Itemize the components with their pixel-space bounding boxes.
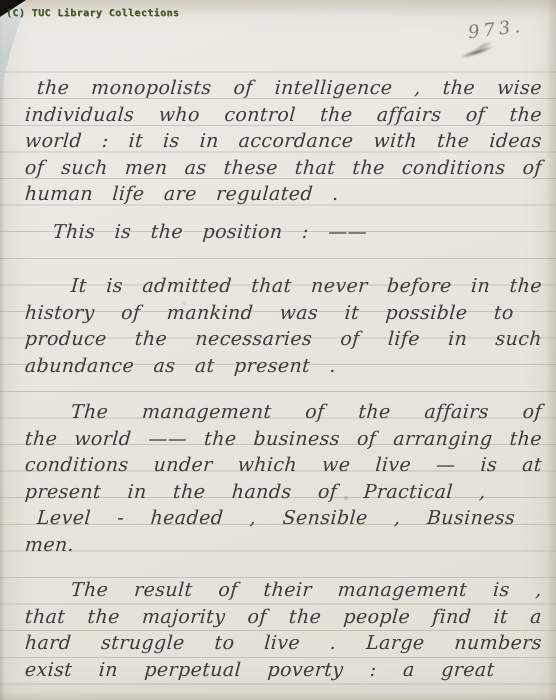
manuscript-line: Level - headed , Sensible , Business [24,505,543,532]
manuscript-line: present in the hands of Practical , [24,479,543,506]
manuscript-line: men. [24,532,543,559]
manuscript-line: world : it is in accordance with the ide… [24,128,543,155]
manuscript-line: history of mankind was it possible to [24,300,543,327]
manuscript-line: the world —— the business of arranging t… [24,426,543,453]
paragraph: This is the position : —— [24,219,541,246]
manuscript-line: It is admitted that never before in the [24,273,543,300]
right-edge-shadow [546,0,556,700]
manuscript-page-scan: (C) TUC Library Collections 973. the mon… [0,0,556,700]
paragraph: The management of the affairs of the wor… [24,399,541,559]
paragraph: It is admitted that never before in the … [24,273,541,379]
manuscript-line: the monopolists of intelligence , the wi… [24,75,543,102]
paragraph: The result of their management is , that… [24,577,541,683]
library-watermark: (C) TUC Library Collections [6,8,179,19]
manuscript-line: This is the position : —— [24,219,543,246]
manuscript-line: abundance as at present . [24,353,543,380]
manuscript-line: The result of their management is , [24,577,543,604]
manuscript-line: human life are regulated . [24,181,543,208]
paragraph: the monopolists of intelligence , the wi… [24,75,541,208]
handwritten-text: the monopolists of intelligence , the wi… [24,0,541,700]
foxing-specks [0,0,2,2]
manuscript-line: exist in perpetual poverty : a great [24,657,543,684]
manuscript-line: conditions under which we live — is at [24,452,543,479]
manuscript-line: individuals who control the affairs of t… [24,102,543,129]
left-edge-shadow [0,0,5,700]
manuscript-line: that the majority of the people find it … [24,604,543,631]
manuscript-line: hard struggle to live . Large numbers [24,630,543,657]
manuscript-line: The management of the affairs of [24,399,543,426]
manuscript-line: produce the necessaries of life in such [24,326,543,353]
manuscript-line: of such men as these that the conditions… [24,155,543,182]
